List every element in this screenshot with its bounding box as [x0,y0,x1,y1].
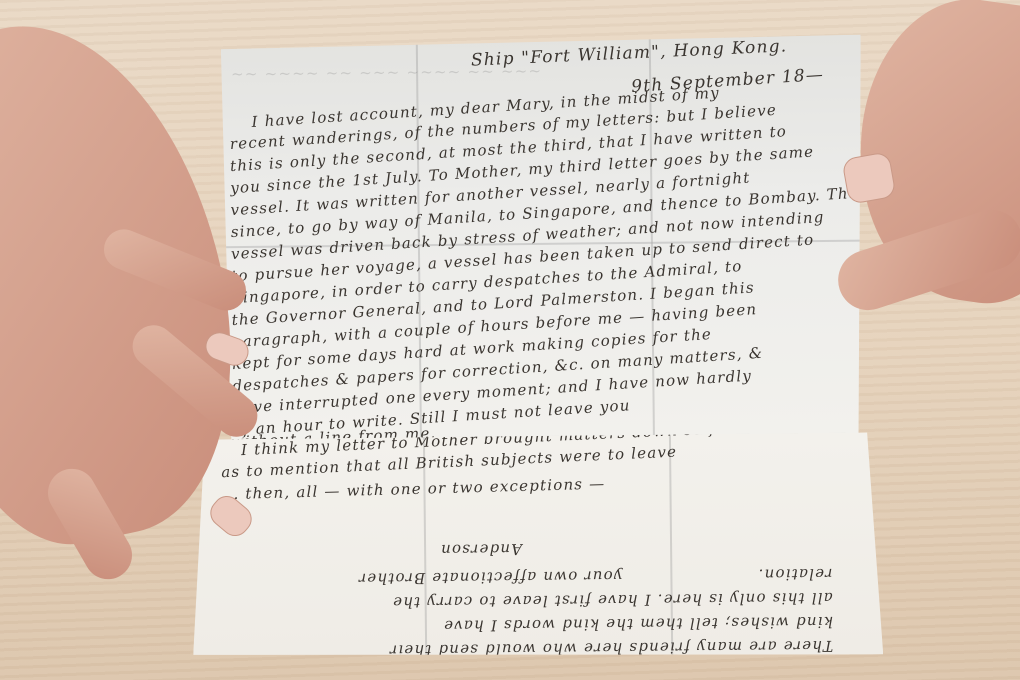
letter-line: ... then, all — with one or two exceptio… [221,475,605,504]
letter-heading-place: Ship "Fort William", Hong Kong. [471,36,788,70]
letter-lower-page: I think my letter to Mother brought matt… [191,432,883,661]
inverted-signature-line: your own affectionate Brother [358,567,623,588]
inverted-postscript: There are many friends here who would se… [232,505,854,661]
inverted-line: all this only is here. I have first leav… [392,589,833,612]
right-thumbnail [841,151,896,205]
letter: ~~ ~~~~ ~~ ~~~ ~~~~ ~~ ~~~ Ship "Fort Wi… [187,34,883,661]
letter-upper-page: ~~ ~~~~ ~~ ~~~ ~~~~ ~~ ~~~ Ship "Fort Wi… [221,35,865,442]
inverted-line: relation. [757,565,832,584]
inverted-line: kind wishes; tell them the kind words I … [443,613,833,635]
inverted-signature: Anderson [440,540,522,559]
